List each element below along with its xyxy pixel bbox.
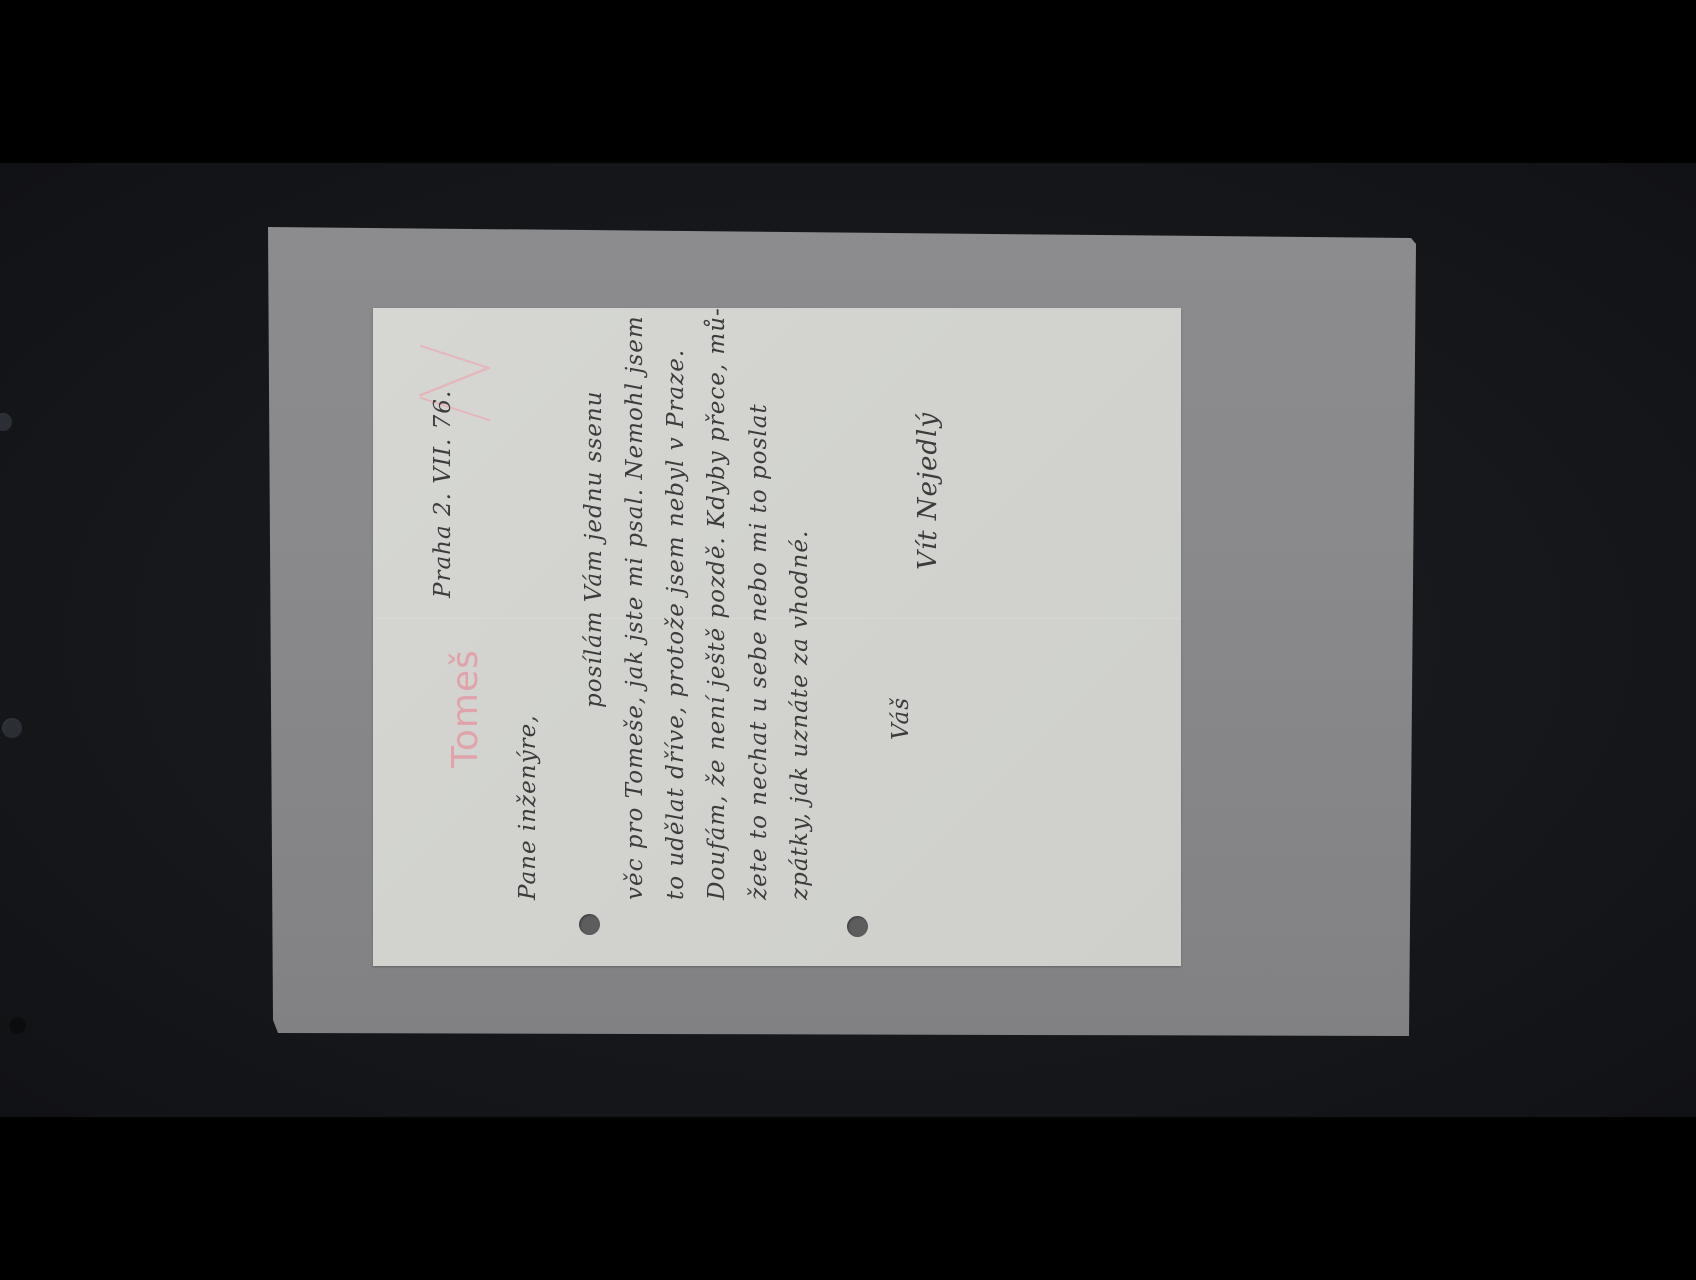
closing: Váš [888, 697, 914, 740]
body-line: posílám Vám jednu ssenu [581, 391, 607, 709]
body-line: žete to nechat u sebe nebo mi to poslat [746, 403, 772, 900]
signature: Vít Nejedlý [913, 412, 943, 570]
salutation: Pane inženýre, [515, 714, 541, 900]
binder-hole [8, 1016, 26, 1034]
binder-hole [2, 718, 22, 738]
letter-text-area: Tomeš Praha 2. VII. 76. Pane inženýre, p… [373, 308, 1181, 966]
body-line: Doufám, že není ještě pozdě. Kdyby přece… [704, 308, 730, 900]
top-letterbox-band [0, 0, 1696, 163]
binder-hole [0, 413, 12, 431]
pencil-annotation-name: Tomeš [445, 649, 486, 768]
bottom-letterbox-band [0, 1117, 1696, 1280]
body-line: věc pro Tomeše, jak jste mi psal. Nemohl… [622, 315, 648, 900]
date-line: Praha 2. VII. 76. [430, 390, 456, 598]
body-line: to udělat dříve, protože jsem nebyl v Pr… [663, 349, 689, 900]
body-line: zpátky, jak uznáte za vhodné. [787, 530, 813, 900]
